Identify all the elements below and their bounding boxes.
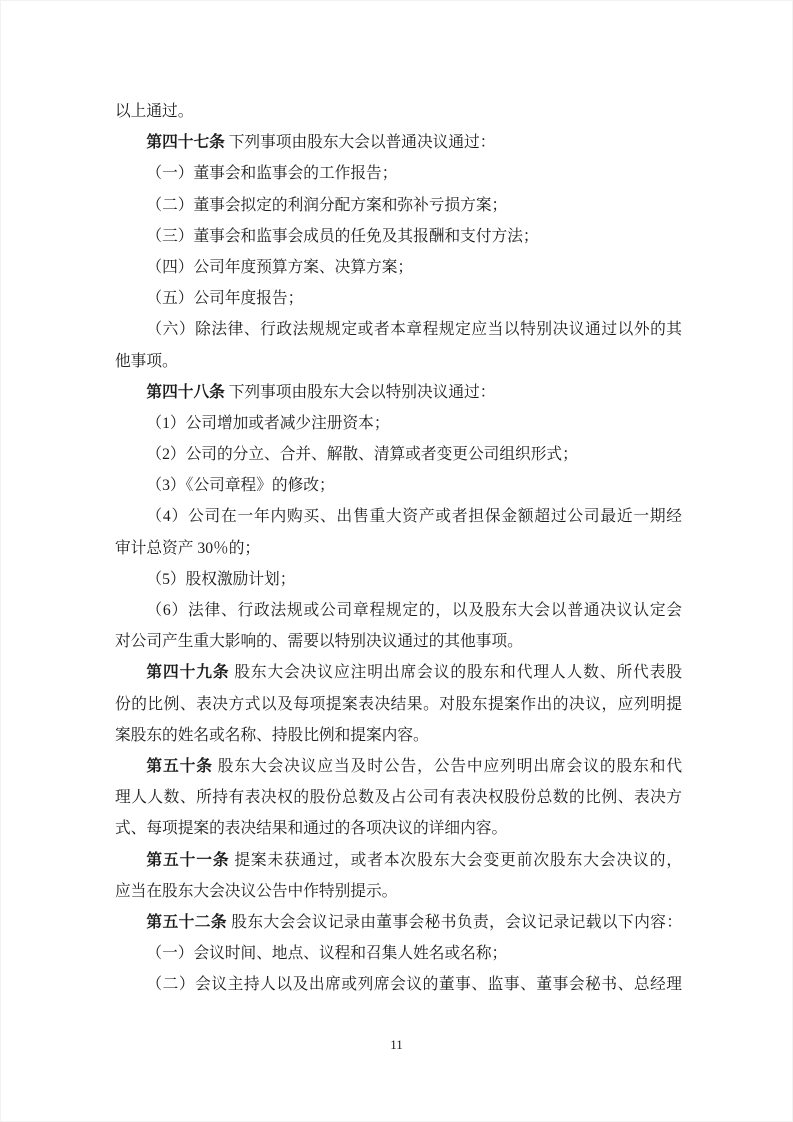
line-text: （二）会议主持人以及出席或列席会议的董事、监事、董事会秘书、总经理 [146, 976, 682, 993]
line-text: （四）公司年度预算方案、决算方案； [146, 259, 413, 276]
line-text: （六）除法律、行政法规规定或者本章程规定应当以特别决议通过以外的其 [146, 321, 682, 338]
document-line: 审计总资产 30％的； [115, 533, 682, 564]
document-line: 他事项。 [115, 346, 682, 377]
line-text: （6）法律、行政法规或公司章程规定的，以及股东大会以普通决议认定会 [146, 602, 682, 619]
document-line: 式、每项提案的表决结果和通过的各项决议的详细内容。 [115, 813, 682, 844]
line-text: （二）董事会拟定的利润分配方案和弥补亏损方案； [146, 197, 507, 214]
document-line: （6）法律、行政法规或公司章程规定的，以及股东大会以普通决议认定会 [115, 595, 682, 626]
document-body: 以上通过。 第四十七条 下列事项由股东大会以普通决议通过： （一）董事会和监事会… [115, 96, 682, 1000]
document-line: （四）公司年度预算方案、决算方案； [115, 252, 682, 283]
article-heading-line: 第五十条 股东大会决议应当及时公告，公告中应列明出席会议的股东和代 [115, 751, 682, 782]
line-text: （三）董事会和监事会成员的任免及其报酬和支付方法； [146, 228, 538, 245]
line-text: 式、每项提案的表决结果和通过的各项决议的详细内容。 [115, 820, 507, 837]
line-text: 对公司产生重大影响的、需要以特别决议通过的其他事项。 [115, 633, 523, 650]
line-text: （1）公司增加或者减少注册资本； [146, 415, 389, 432]
article-number: 第四十七条 [146, 134, 224, 151]
article-number: 第五十一条 [146, 852, 229, 869]
article-number: 第四十九条 [146, 664, 229, 681]
document-line: 以上通过。 [115, 96, 682, 127]
line-text: （一）会议时间、地点、议程和召集人姓名或名称； [146, 945, 507, 962]
document-line: （4）公司在一年内购买、出售重大资产或者担保金额超过公司最近一期经 [115, 501, 682, 532]
line-text: 以上通过。 [115, 103, 193, 120]
line-text: （五）公司年度报告； [146, 290, 303, 307]
document-line: （5）股权激励计划； [115, 564, 682, 595]
document-line: 应当在股东大会决议公告中作特别提示。 [115, 876, 682, 907]
document-line: （五）公司年度报告； [115, 283, 682, 314]
document-line: （一）会议时间、地点、议程和召集人姓名或名称； [115, 938, 682, 969]
article-number: 第五十条 [146, 758, 212, 775]
document-line: （二）董事会拟定的利润分配方案和弥补亏损方案； [115, 190, 682, 221]
line-text: 应当在股东大会决议公告中作特别提示。 [115, 883, 397, 900]
article-heading-line: 第五十一条 提案未获通过，或者本次股东大会变更前次股东大会决议的， [115, 845, 682, 876]
page-number: 11 [1, 1037, 792, 1053]
line-text: 份的比例、表决方式以及每项提案表决结果。对股东提案作出的决议，应列明提 [115, 696, 682, 713]
document-line: （三）董事会和监事会成员的任免及其报酬和支付方法； [115, 221, 682, 252]
article-number: 第五十二条 [146, 914, 227, 931]
document-line: 案股东的姓名或名称、持股比例和提案内容。 [115, 720, 682, 751]
document-line: （2）公司的分立、合并、解散、清算或者变更公司组织形式； [115, 439, 682, 470]
document-line: （一）董事会和监事会的工作报告； [115, 158, 682, 189]
line-text: 股东大会决议应当及时公告，公告中应列明出席会议的股东和代 [213, 758, 682, 775]
document-line: 份的比例、表决方式以及每项提案表决结果。对股东提案作出的决议，应列明提 [115, 689, 682, 720]
line-text: 理人人数、所持有表决权的股份总数及占公司有表决权股份总数的比例、表决方 [115, 789, 682, 806]
document-line: 理人人数、所持有表决权的股份总数及占公司有表决权股份总数的比例、表决方 [115, 782, 682, 813]
article-heading-line: 第五十二条 股东大会会议记录由董事会秘书负责，会议记录记载以下内容： [115, 907, 682, 938]
article-heading-line: 第四十八条 下列事项由股东大会以特别决议通过： [115, 377, 682, 408]
line-text: （4）公司在一年内购买、出售重大资产或者担保金额超过公司最近一期经 [146, 508, 682, 525]
line-text: 下列事项由股东大会以普通决议通过： [225, 134, 496, 151]
document-line: （二）会议主持人以及出席或列席会议的董事、监事、董事会秘书、总经理 [115, 969, 682, 1000]
article-heading-line: 第四十九条 股东大会决议应注明出席会议的股东和代理人人数、所代表股 [115, 657, 682, 688]
document-page: 以上通过。 第四十七条 下列事项由股东大会以普通决议通过： （一）董事会和监事会… [0, 0, 793, 1122]
line-text: 他事项。 [115, 353, 178, 370]
document-line: （六）除法律、行政法规规定或者本章程规定应当以特别决议通过以外的其 [115, 314, 682, 345]
document-line: （1）公司增加或者减少注册资本； [115, 408, 682, 439]
article-number: 第四十八条 [146, 384, 224, 401]
line-text: 股东大会决议应注明出席会议的股东和代理人人数、所代表股 [229, 664, 682, 681]
article-heading-line: 第四十七条 下列事项由股东大会以普通决议通过： [115, 127, 682, 158]
document-line: （3）《公司章程》的修改； [115, 470, 682, 501]
line-text: （2）公司的分立、合并、解散、清算或者变更公司组织形式； [146, 446, 577, 463]
line-text: 股东大会会议记录由董事会秘书负责，会议记录记载以下内容： [227, 914, 682, 931]
line-text: （3）《公司章程》的修改； [146, 477, 334, 494]
line-text: 案股东的姓名或名称、持股比例和提案内容。 [115, 727, 429, 744]
line-text: 提案未获通过，或者本次股东大会变更前次股东大会决议的， [229, 852, 682, 869]
line-text: 下列事项由股东大会以特别决议通过： [225, 384, 496, 401]
line-text: （一）董事会和监事会的工作报告； [146, 165, 397, 182]
line-text: 审计总资产 30％的； [115, 540, 260, 557]
line-text: （5）股权激励计划； [146, 571, 295, 588]
document-line: 对公司产生重大影响的、需要以特别决议通过的其他事项。 [115, 626, 682, 657]
